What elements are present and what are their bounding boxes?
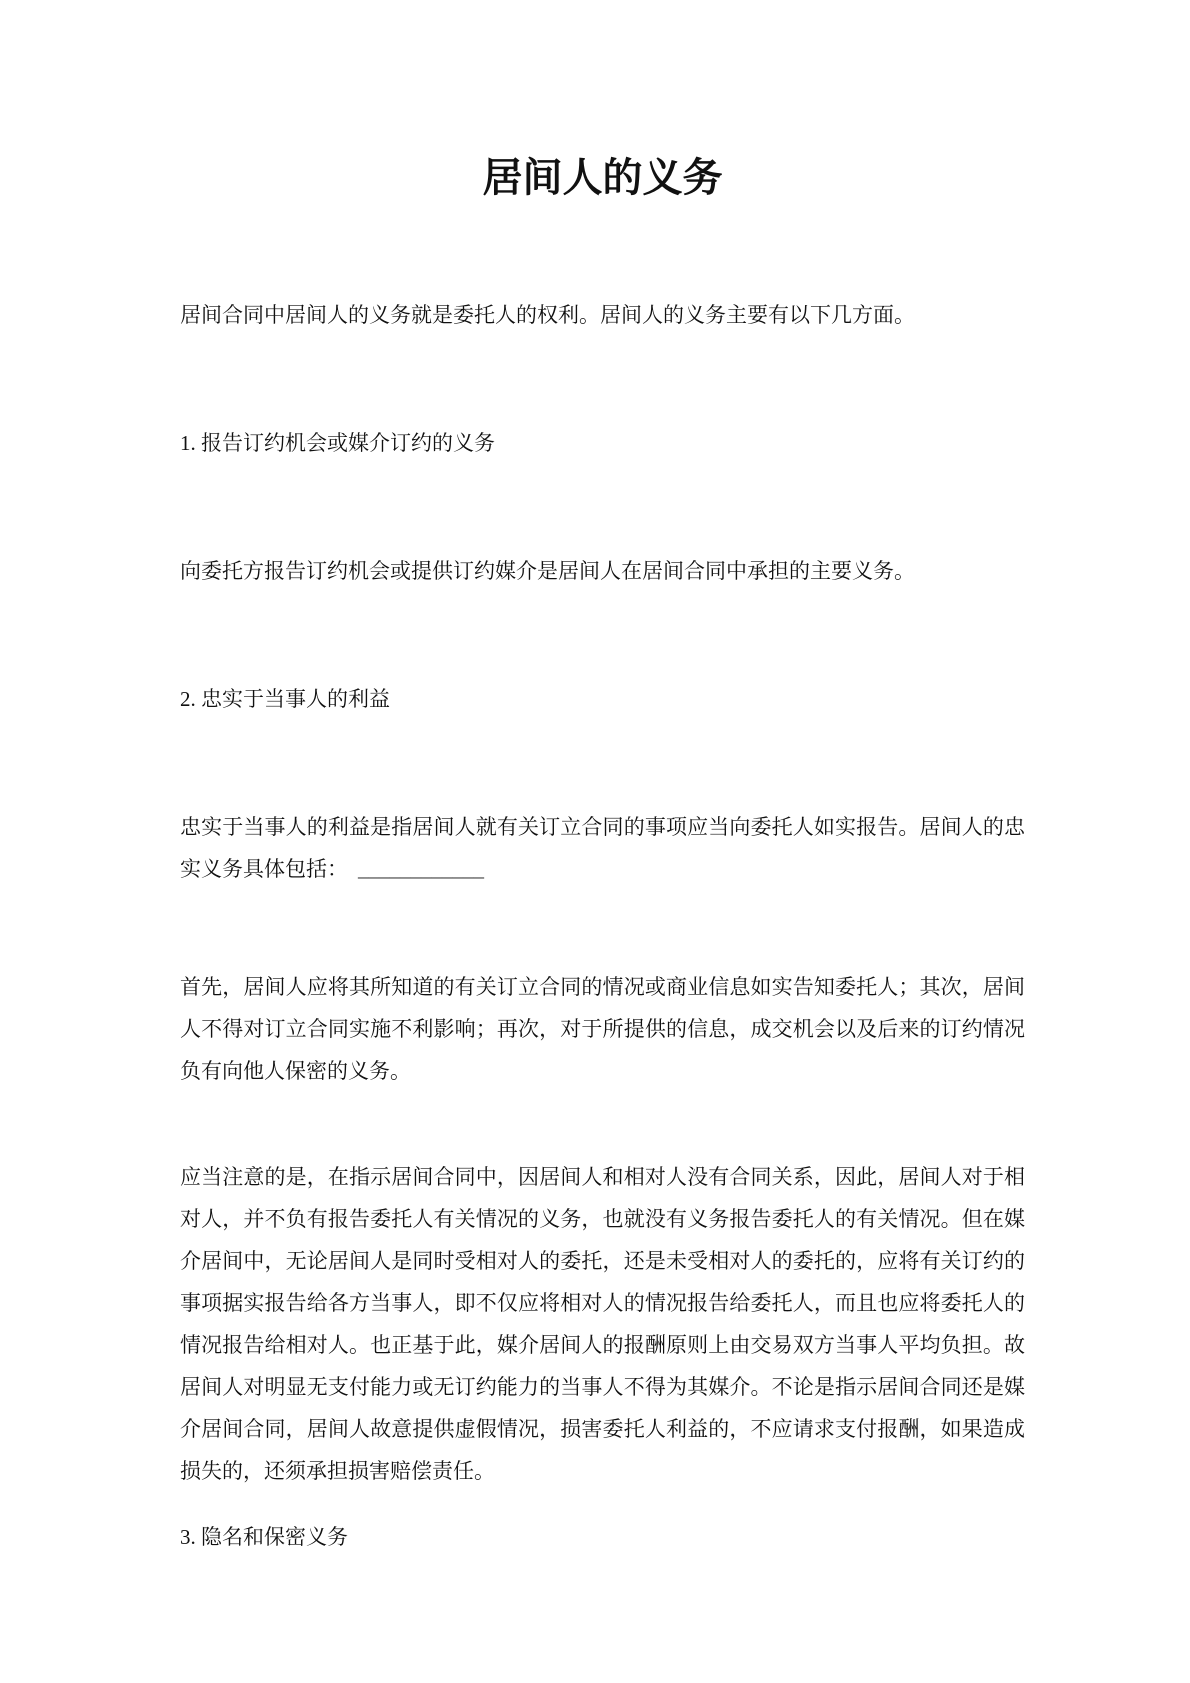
section-1-heading: 1. 报告订约机会或媒介订约的义务: [180, 422, 1025, 464]
section-2-heading: 2. 忠实于当事人的利益: [180, 678, 1025, 720]
paragraph-text: 忠实于当事人的利益是指居间人就有关订立合同的事项应当向委托人如实报告。居间人的忠…: [180, 815, 1025, 881]
section-3-heading: 3. 隐名和保密义务: [180, 1516, 1025, 1558]
section-1-paragraph: 向委托方报告订约机会或提供订约媒介是居间人在居间合同中承担的主要义务。: [180, 550, 1025, 592]
intro-paragraph: 居间合同中居间人的义务就是委托人的权利。居间人的义务主要有以下几方面。: [180, 294, 1025, 336]
document-page: 居间人的义务 居间合同中居间人的义务就是委托人的权利。居间人的义务主要有以下几方…: [0, 0, 1190, 1683]
section-2-paragraph-2: 首先，居间人应将其所知道的有关订立合同的情况或商业信息如实告知委托人；其次，居间…: [180, 966, 1025, 1092]
document-title: 居间人的义务: [180, 146, 1025, 210]
fill-in-blank-underline: ____________: [358, 857, 484, 881]
section-2-paragraph-3: 应当注意的是，在指示居间合同中，因居间人和相对人没有合同关系，因此，居间人对于相…: [180, 1156, 1025, 1492]
section-2-paragraph-1: 忠实于当事人的利益是指居间人就有关订立合同的事项应当向委托人如实报告。居间人的忠…: [180, 806, 1025, 890]
